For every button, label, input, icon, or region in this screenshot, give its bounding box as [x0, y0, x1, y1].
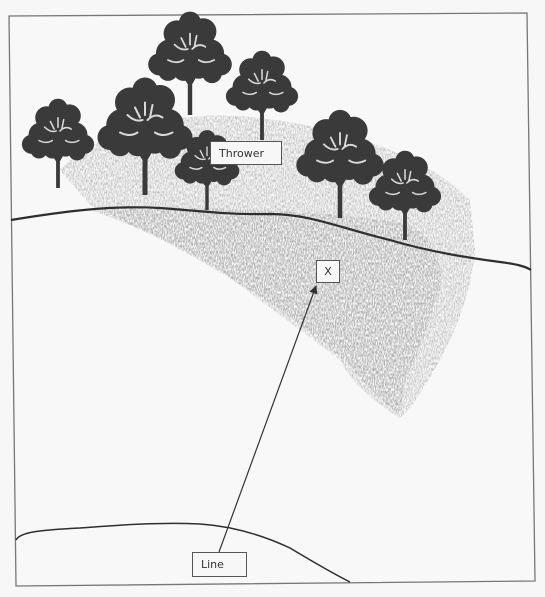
line-label: Line — [192, 552, 247, 577]
target-x-label: X — [316, 260, 340, 283]
field-scene — [0, 0, 545, 597]
target-x-label-text: X — [324, 266, 332, 277]
thrower-label: Thrower — [210, 141, 282, 165]
line-label-text: Line — [201, 559, 224, 570]
thrower-label-text: Thrower — [219, 148, 264, 159]
